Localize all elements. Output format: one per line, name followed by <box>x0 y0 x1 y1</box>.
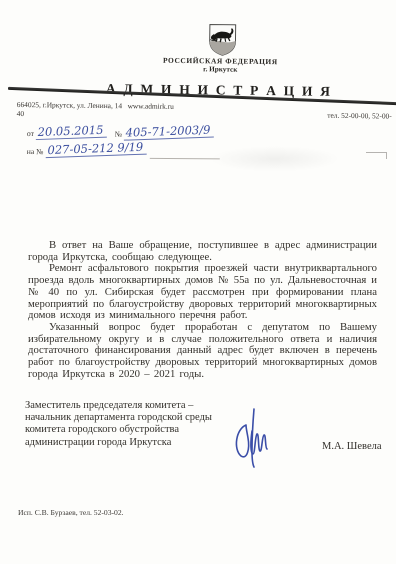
handwritten-reply-number: 027-05-212 9/19 <box>45 140 146 159</box>
letterhead-address: 664025, г.Иркутск, ул. Ленина, 14 www.ad… <box>17 100 174 111</box>
letterhead-address-wrap: 40 <box>17 109 25 118</box>
paragraph: В ответ на Ваше обращение, поступившее в… <box>28 240 377 263</box>
handwritten-number: 405-71-2003/9 <box>123 123 213 141</box>
handwritten-date: 20.05.2015 <box>35 123 106 140</box>
signer-position-line: Заместитель председателя комитета – <box>25 400 240 412</box>
scanned-letter-page: РОССИЙСКАЯ ФЕДЕРАЦИЯ г. Иркутск А Д М И … <box>0 0 396 564</box>
incoming-ref-row: на № 027-05-212 9/19 <box>27 143 220 159</box>
letterhead: РОССИЙСКАЯ ФЕДЕРАЦИЯ г. Иркутск А Д М И … <box>1 0 396 5</box>
addressee-corner-mark <box>366 152 387 159</box>
irkutsk-coat-of-arms-icon <box>207 22 237 57</box>
scan-smudge <box>210 146 340 172</box>
letterhead-phones: тел. 52-00-00, 52-00- <box>327 111 391 121</box>
signer-position: Заместитель председателя комитета – нача… <box>25 400 240 449</box>
from-label: от <box>27 129 34 140</box>
letter-body: В ответ на Ваше обращение, поступившее в… <box>28 240 377 380</box>
signer-name: М.А. Шевела <box>322 441 382 452</box>
signer-position-line: комитета городского обустройства <box>25 424 240 436</box>
reply-label: на № <box>27 147 44 158</box>
signer-position-line: администрации города Иркутска <box>25 437 240 449</box>
signer-position-line: начальник департамента городской среды <box>25 412 240 424</box>
handwritten-signature-icon <box>230 406 278 470</box>
paragraph: Указанный вопрос будет проработан с депу… <box>28 322 377 381</box>
paragraph: Ремонт асфальтового покрытия проезжей ча… <box>28 263 377 322</box>
executor-note: Исп. С.В. Бурзаев, тел. 52-03-02. <box>18 508 124 517</box>
outgoing-ref-row: от 20.05.2015 № 405-71-2003/9 <box>27 125 220 141</box>
letterhead-city: г. Иркутск <box>203 65 237 73</box>
number-label: № <box>115 130 122 141</box>
reference-block: от 20.05.2015 № 405-71-2003/9 на № 027-0… <box>27 125 221 162</box>
